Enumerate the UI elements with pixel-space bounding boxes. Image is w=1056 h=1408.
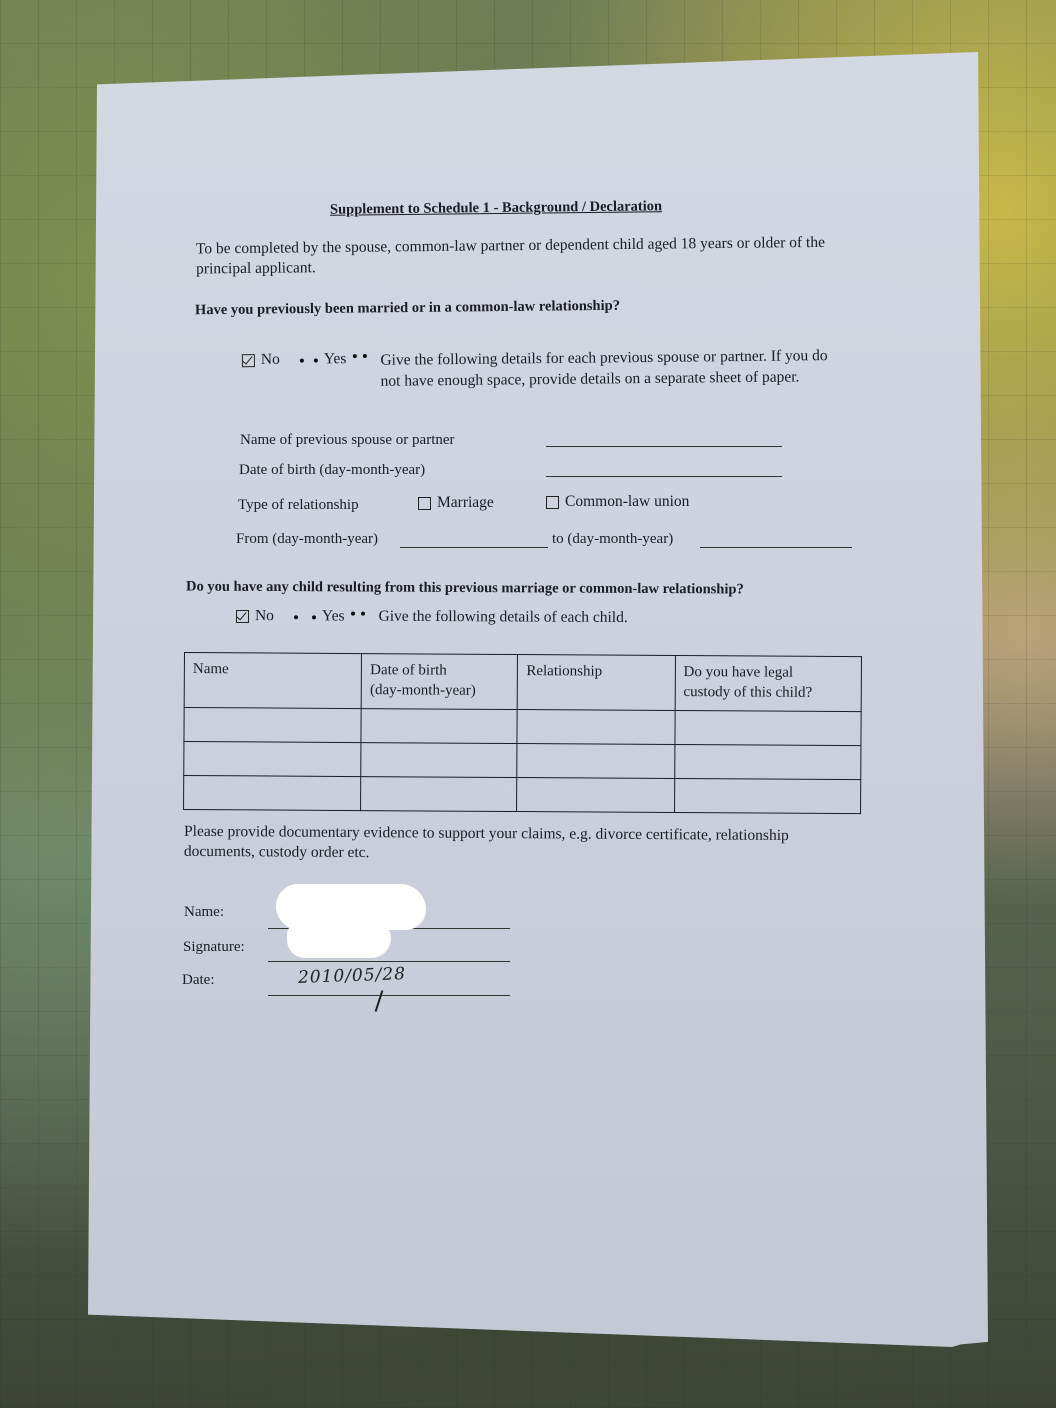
bullet-icon [312, 615, 316, 619]
marriage-checkbox[interactable] [418, 497, 431, 510]
cell-date-of-birth[interactable] [361, 709, 517, 744]
table-row [184, 776, 861, 814]
handwritten-date: 2010/05/28 [298, 964, 407, 988]
yes-option[interactable]: Yes [324, 350, 347, 368]
previous-relationship-options: No Yes Give the following details for ea… [242, 345, 862, 393]
bullet-icon [361, 612, 365, 616]
no-label: No [255, 607, 274, 625]
common-law-checkbox[interactable] [546, 496, 559, 509]
children-table: Name Date of birth(day-month-year) Relat… [183, 652, 862, 814]
bullet-icon [351, 612, 355, 616]
signature-redaction [287, 922, 391, 958]
cell-name[interactable] [184, 776, 361, 811]
bullet-icon [352, 354, 356, 358]
table-row [184, 708, 861, 746]
no-label: No [261, 351, 280, 369]
common-law-label: Common-law union [565, 493, 689, 511]
question-children: Do you have any child resulting from thi… [186, 579, 744, 599]
previous-relationship-instruction: Give the following details for each prev… [380, 345, 840, 392]
column-header-name: Name [184, 653, 362, 709]
table-row [184, 742, 861, 780]
common-law-option[interactable]: Common-law union [546, 493, 689, 511]
intro-text: To be completed by the spouse, common-la… [196, 233, 856, 280]
document-title: Supplement to Schedule 1 - Background / … [330, 198, 662, 218]
column-header-relationship: Relationship [518, 655, 676, 711]
previous-spouse-name-field[interactable] [546, 446, 782, 447]
bullet-icon [300, 359, 304, 363]
cell-legal-custody[interactable] [674, 778, 861, 813]
cell-relationship[interactable] [517, 710, 674, 745]
from-date-field[interactable] [400, 547, 548, 548]
column-header-legal-custody: Do you have legalcustody of this child? [675, 656, 862, 712]
cell-relationship[interactable] [517, 744, 674, 779]
evidence-note: Please provide documentary evidence to s… [184, 822, 804, 866]
bullet-icon [362, 354, 366, 358]
no-checkbox-checked[interactable] [242, 354, 255, 367]
no-checkbox-checked[interactable] [236, 610, 249, 623]
cell-date-of-birth[interactable] [361, 777, 517, 812]
to-date-label: to (day-month-year) [552, 531, 673, 548]
date-label: Date: [182, 972, 214, 989]
to-date-field[interactable] [700, 547, 852, 548]
cell-name[interactable] [184, 708, 361, 743]
children-options: No Yes Give the following details of eac… [236, 607, 628, 627]
marriage-label: Marriage [437, 494, 494, 512]
signature-label: Signature: [183, 939, 245, 956]
cell-name[interactable] [184, 742, 361, 777]
marriage-option[interactable]: Marriage [418, 494, 494, 512]
cell-legal-custody[interactable] [675, 710, 862, 745]
cell-date-of-birth[interactable] [361, 743, 517, 778]
date-of-birth-field[interactable] [546, 476, 782, 477]
relationship-type-label: Type of relationship [238, 497, 359, 514]
previous-spouse-name-label: Name of previous spouse or partner [240, 432, 455, 449]
table-header-row: Name Date of birth(day-month-year) Relat… [184, 653, 861, 712]
name-label: Name: [184, 904, 224, 921]
bullet-icon [294, 615, 298, 619]
children-instruction: Give the following details of each child… [378, 608, 627, 627]
cell-relationship[interactable] [517, 778, 674, 813]
column-header-date-of-birth: Date of birth(day-month-year) [361, 654, 518, 710]
date-of-birth-label: Date of birth (day-month-year) [239, 462, 425, 479]
from-date-label: From (day-month-year) [236, 531, 378, 548]
cell-legal-custody[interactable] [674, 744, 861, 779]
signature-field[interactable] [268, 961, 510, 962]
bullet-icon [314, 358, 318, 362]
date-field[interactable] [268, 995, 510, 996]
yes-option[interactable]: Yes [322, 607, 345, 625]
